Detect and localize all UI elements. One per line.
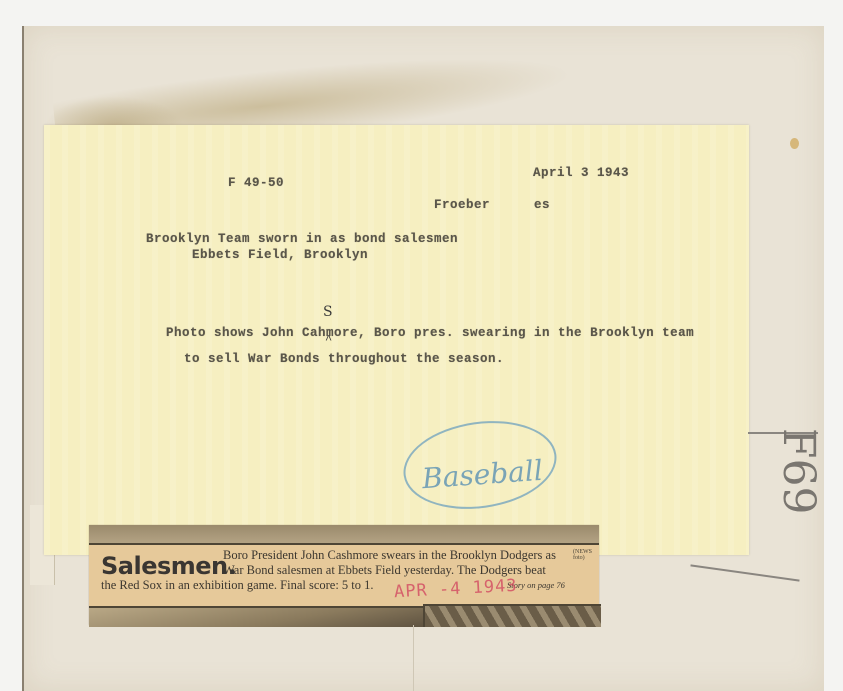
caption-body-line-2: to sell War Bonds throughout the season. (184, 352, 504, 366)
handwritten-caret: ^ (325, 333, 332, 347)
side-pencil-mark: F69 (776, 428, 820, 608)
paper-fold-crease (413, 625, 414, 691)
caption-headline: Brooklyn Team sworn in as bond salesmen (146, 232, 458, 246)
photographer-name: Froeber (434, 198, 490, 212)
handwritten-correction: S (323, 304, 333, 320)
typed-caption-sheet (44, 125, 749, 555)
clipping-line-1: Boro President John Cashmore swears in t… (223, 548, 556, 563)
stain-spot (790, 138, 799, 149)
clipping-line-3: the Red Sox in an exhibition game. Final… (101, 578, 374, 593)
clipping-headline: Salesmen. (101, 552, 236, 580)
typist-initials: es (534, 198, 550, 212)
caption-date: April 3 1943 (533, 166, 629, 180)
caption-location: Ebbets Field, Brooklyn (192, 248, 368, 262)
clipping-photo-fragment-right (423, 604, 601, 627)
caption-body-line-1: Photo shows John Cahmore, Boro pres. swe… (166, 326, 694, 340)
clipping-photo-fragment-left (89, 606, 429, 627)
clipping-credit: (NEWS foto) (573, 549, 599, 561)
newspaper-clipping: Salesmen. (NEWS foto) Boro President Joh… (89, 525, 599, 625)
clipping-photo-edge (89, 525, 599, 545)
clipping-line-2: War Bond salesmen at Ebbets Field yester… (223, 563, 546, 578)
file-number: F 49-50 (228, 176, 284, 190)
received-date-stamp: APR -4 1943 (394, 576, 518, 602)
